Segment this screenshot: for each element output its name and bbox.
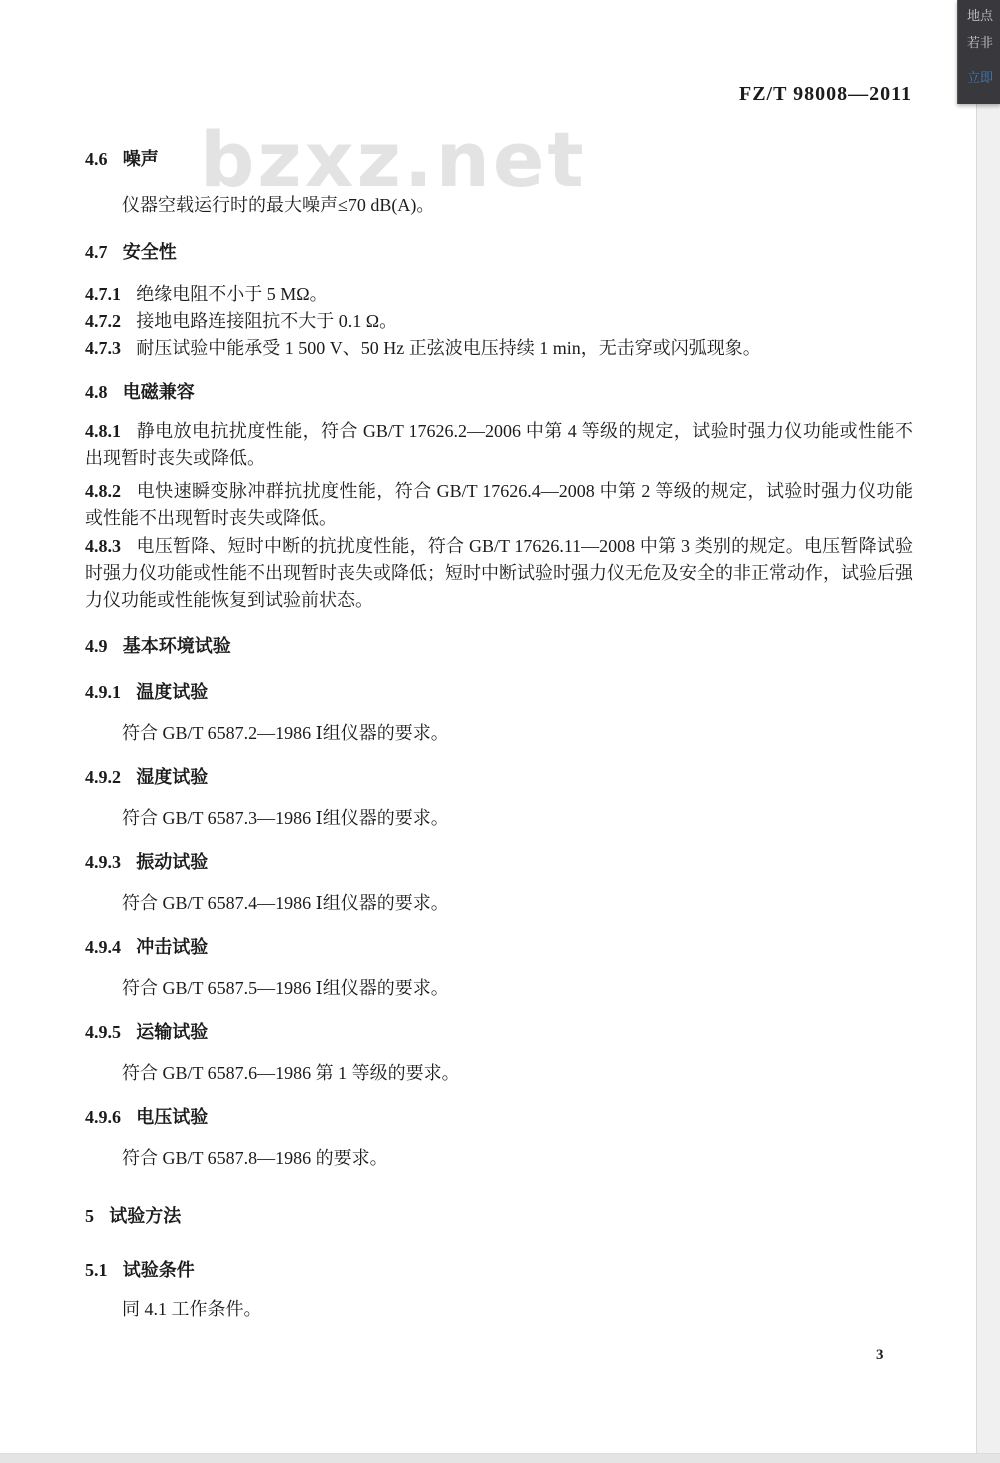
section-number: 4.9.2: [85, 767, 121, 787]
section-title: 运输试验: [136, 1022, 208, 1042]
clause-4-7-3: 4.7.3耐压试验中能承受 1 500 V、50 Hz 正弦波电压持续 1 mi…: [85, 335, 913, 362]
paragraph: 符合 GB/T 6587.2—1986 Ⅰ组仪器的要求。: [85, 720, 913, 747]
section-number: 4.9: [85, 636, 108, 656]
subsection-heading-4-9-4: 4.9.4冲击试验: [85, 934, 913, 961]
clause-text: 电压暂降、短时中断的抗扰度性能，符合 GB/T 17626.11—2008 中第…: [85, 536, 913, 610]
section-number: 5.1: [85, 1260, 108, 1280]
clause-text: 绝缘电阻不小于 5 MΩ。: [136, 284, 327, 304]
subsection-heading-4-9-6: 4.9.6电压试验: [85, 1104, 913, 1131]
section-title: 试验条件: [123, 1260, 195, 1280]
section-title: 电压试验: [136, 1107, 208, 1127]
paragraph: 仪器空载运行时的最大噪声≤70 dB(A)。: [85, 192, 913, 219]
subsection-heading-4-9-2: 4.9.2湿度试验: [85, 764, 913, 791]
popup-overlay: 地点 若非 立即: [957, 0, 1000, 104]
section-number: 4.6: [85, 149, 108, 169]
section-title: 电磁兼容: [123, 382, 195, 402]
section-title: 温度试验: [136, 682, 208, 702]
chapter-heading-5: 5试验方法: [85, 1203, 913, 1230]
subsection-heading-4-9-1: 4.9.1温度试验: [85, 679, 913, 706]
page-edge-right: [976, 0, 1000, 1463]
section-heading-5-1: 5.1试验条件: [85, 1257, 913, 1284]
section-number: 4.9.6: [85, 1107, 121, 1127]
paragraph: 符合 GB/T 6587.4—1986 Ⅰ组仪器的要求。: [85, 890, 913, 917]
section-heading-4-7: 4.7安全性: [85, 239, 913, 266]
section-heading-4-8: 4.8电磁兼容: [85, 379, 913, 406]
paragraph-text: 符合 GB/T 6587.4—1986 Ⅰ组仪器的要求。: [122, 893, 449, 913]
section-title: 湿度试验: [136, 767, 208, 787]
clause-4-7-1: 4.7.1绝缘电阻不小于 5 MΩ。: [85, 281, 913, 308]
clause-number: 4.8.1: [85, 421, 121, 441]
section-number: 4.9.4: [85, 937, 121, 957]
page-number: 3: [876, 1347, 884, 1364]
paragraph: 符合 GB/T 6587.6—1986 第 1 等级的要求。: [85, 1060, 913, 1087]
section-number: 4.9.5: [85, 1022, 121, 1042]
paragraph: 同 4.1 工作条件。: [85, 1296, 913, 1323]
paragraph-text: 符合 GB/T 6587.6—1986 第 1 等级的要求。: [122, 1063, 460, 1083]
clause-text: 接地电路连接阻抗不大于 0.1 Ω。: [136, 311, 397, 331]
subsection-heading-4-9-3: 4.9.3振动试验: [85, 849, 913, 876]
section-number: 5: [85, 1206, 94, 1226]
standard-number-header: FZ/T 98008—2011: [739, 83, 912, 106]
paragraph-text: 同 4.1 工作条件。: [122, 1299, 262, 1319]
section-number: 4.9.3: [85, 852, 121, 872]
paragraph: 符合 GB/T 6587.8—1986 的要求。: [85, 1145, 913, 1172]
paragraph-text: 符合 GB/T 6587.5—1986 Ⅰ组仪器的要求。: [122, 978, 449, 998]
clause-number: 4.7.3: [85, 338, 121, 358]
subsection-heading-4-9-5: 4.9.5运输试验: [85, 1019, 913, 1046]
paragraph: 符合 GB/T 6587.5—1986 Ⅰ组仪器的要求。: [85, 975, 913, 1002]
clause-text: 电快速瞬变脉冲群抗扰度性能，符合 GB/T 17626.4—2008 中第 2 …: [85, 481, 913, 528]
clause-4-8-3: 4.8.3电压暂降、短时中断的抗扰度性能，符合 GB/T 17626.11—20…: [85, 533, 913, 614]
clause-4-8-2: 4.8.2电快速瞬变脉冲群抗扰度性能，符合 GB/T 17626.4—2008 …: [85, 478, 913, 532]
section-title: 噪声: [123, 149, 159, 169]
paragraph-text: 仪器空载运行时的最大噪声≤70 dB(A)。: [122, 195, 434, 215]
scanned-standard-page: bzxz.net FZ/T 98008—2011 4.6噪声 仪器空载运行时的最…: [0, 0, 1000, 1463]
page-edge-bottom: [0, 1453, 1000, 1463]
section-number: 4.7: [85, 242, 108, 262]
paragraph: 符合 GB/T 6587.3—1986 Ⅰ组仪器的要求。: [85, 805, 913, 832]
section-heading-4-9: 4.9基本环境试验: [85, 633, 913, 660]
section-number: 4.8: [85, 382, 108, 402]
section-title: 振动试验: [136, 852, 208, 872]
clause-number: 4.7.2: [85, 311, 121, 331]
section-heading-4-6: 4.6噪声: [85, 146, 913, 173]
section-title: 基本环境试验: [123, 636, 231, 656]
overlay-link[interactable]: 立即: [967, 67, 993, 86]
paragraph-text: 符合 GB/T 6587.3—1986 Ⅰ组仪器的要求。: [122, 808, 449, 828]
section-number: 4.9.1: [85, 682, 121, 702]
section-title: 试验方法: [109, 1206, 181, 1226]
clause-4-8-1: 4.8.1静电放电抗扰度性能，符合 GB/T 17626.2—2006 中第 4…: [85, 418, 913, 472]
paragraph-text: 符合 GB/T 6587.8—1986 的要求。: [122, 1148, 388, 1168]
clause-number: 4.8.3: [85, 536, 121, 556]
clause-number: 4.8.2: [85, 481, 121, 501]
overlay-text-line: 若非: [967, 32, 993, 51]
clause-4-7-2: 4.7.2接地电路连接阻抗不大于 0.1 Ω。: [85, 308, 913, 335]
clause-number: 4.7.1: [85, 284, 121, 304]
clause-text: 耐压试验中能承受 1 500 V、50 Hz 正弦波电压持续 1 min，无击穿…: [136, 338, 761, 358]
clause-text: 静电放电抗扰度性能，符合 GB/T 17626.2—2006 中第 4 等级的规…: [85, 421, 913, 468]
overlay-text-line: 地点: [967, 5, 993, 24]
paragraph-text: 符合 GB/T 6587.2—1986 Ⅰ组仪器的要求。: [122, 723, 449, 743]
section-title: 安全性: [123, 242, 177, 262]
section-title: 冲击试验: [136, 937, 208, 957]
